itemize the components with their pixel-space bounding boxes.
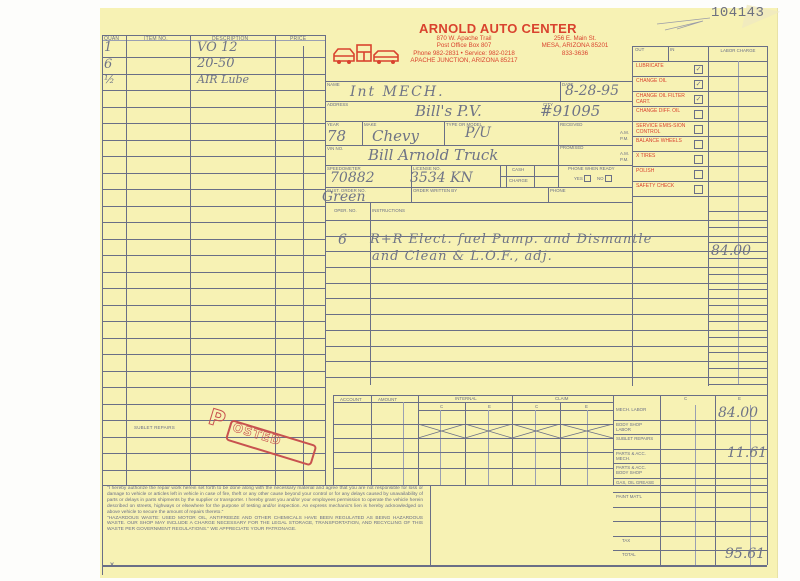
service-checkbox[interactable]: ✓ <box>694 80 703 89</box>
part-desc-2: 20-50 <box>197 56 234 71</box>
label-charge: CHARGE <box>509 178 528 183</box>
order-date: 8-28-95 <box>565 83 619 99</box>
header-item-no: ITEM NO. <box>144 36 168 42</box>
signature-line[interactable]: X <box>110 563 114 569</box>
service-checkbox[interactable] <box>694 185 703 194</box>
total-parts-mech: 11.61 <box>727 445 767 461</box>
customer-name: Int MECH. <box>350 84 445 100</box>
label-no: NO <box>597 176 604 181</box>
header-internal-e: E <box>488 404 491 409</box>
label-am-2: A.M. <box>620 151 629 156</box>
part-desc-1: VO 12 <box>197 40 238 55</box>
label-promised: PROMISED <box>560 145 583 150</box>
service-label: POLISH <box>636 169 690 175</box>
header-labor-charge: LABOR CHARGE <box>720 48 756 53</box>
phone-yes-checkbox[interactable] <box>584 175 591 182</box>
service-checkbox[interactable]: ✓ <box>694 95 703 104</box>
header-total-e: E <box>738 396 741 401</box>
service-label: LUBRICATE <box>636 64 690 70</box>
label-am: A.M. <box>620 130 629 135</box>
vin-number: Bill Arnold Truck <box>368 146 498 164</box>
label-instructions: INSTRUCTIONS <box>372 208 405 213</box>
service-label: CHANGE DIFF. OIL <box>636 109 690 115</box>
company-name: ARNOLD AUTO CENTER <box>419 21 577 36</box>
service-checkbox[interactable] <box>694 110 703 119</box>
service-label: BALANCE WHEELS <box>636 139 690 145</box>
service-label: SAFETY CHECK <box>636 184 690 190</box>
service-label: SERVICE EMIS-SION CONTROL <box>636 124 690 135</box>
totals-label: TOTAL <box>622 552 664 557</box>
part-desc-3: AIR Lube <box>197 73 249 86</box>
vehicle-model: P/U <box>465 125 491 141</box>
vehicle-year: 78 <box>327 127 346 145</box>
service-checkbox[interactable]: ✓ <box>694 65 703 74</box>
header-internal-c: C <box>440 404 443 409</box>
sublet-repairs-label: SUBLET REPAIRS <box>134 425 175 430</box>
totals-label: TAX <box>622 538 664 543</box>
license-number: 3534 KN <box>410 170 473 186</box>
address-right: 256 E. Main St. MESA, ARIZONA 85201 833-… <box>540 35 610 57</box>
total-mech-labor: 84.00 <box>718 405 758 421</box>
pencil-scribble <box>655 12 715 32</box>
totals-label: PARTS & ACC. BODY SHOP <box>616 465 658 475</box>
header-in: IN <box>670 47 674 52</box>
label-name: NAME <box>327 82 340 87</box>
label-oper-no: OPER. NO. <box>334 208 357 213</box>
totals-label: PARTS & ACC. MECH. <box>616 451 658 461</box>
header-amount: AMOUNT <box>378 397 397 402</box>
vehicle-make: Chevy <box>372 127 419 145</box>
authorization-disclaimer: "I hereby authorize the repair work here… <box>107 486 423 533</box>
work-line-2: and Clean & L.O.F., adj. <box>372 249 553 264</box>
label-pm: P.M. <box>620 136 628 141</box>
cars-logo-icon <box>332 43 400 65</box>
phone-no-checkbox[interactable] <box>605 175 612 182</box>
header-claim: CLAIM <box>555 396 568 401</box>
service-checkbox[interactable] <box>694 170 703 179</box>
header-price: PRICE <box>290 36 306 42</box>
service-label: CHANGE OIL FILTER CART. <box>636 94 690 105</box>
part-quan-1: 1 <box>104 40 112 55</box>
customer-address: Bill's P.V. <box>415 102 482 120</box>
header-account: ACCOUNT <box>340 397 362 402</box>
label-address: ADDRESS <box>327 102 348 107</box>
totals-label: PAINT MAT'L <box>616 494 658 499</box>
part-quan-2: 6 <box>104 57 112 72</box>
header-claim-c: C <box>535 404 538 409</box>
label-phone-when-ready: PHONE WHEN READY <box>568 166 615 171</box>
header-out: OUT <box>635 47 644 52</box>
header-internal: INTERNAL <box>455 396 477 401</box>
speedometer-reading: 70882 <box>330 170 375 186</box>
label-received: RECEIVED <box>560 122 582 127</box>
label-cash: CASH <box>512 167 524 172</box>
work-oper-no: 6 <box>338 232 347 248</box>
header-total-c: C <box>684 396 687 401</box>
customer-order-number: Green <box>322 189 365 205</box>
part-quan-3: ½ <box>104 73 115 86</box>
work-line-1: R+R Elect. fuel Pump. and Dismantle <box>370 232 652 247</box>
totals-label: BODY SHOP LABOR <box>616 422 658 432</box>
label-yes: YES <box>574 176 583 181</box>
label-order-written-by: ORDER WRITTEN BY <box>413 188 457 193</box>
label-pm-2: P.M. <box>620 157 628 162</box>
totals-label: MECH. LABOR <box>616 407 658 412</box>
service-checkbox[interactable] <box>694 125 703 134</box>
grand-total: 95.61 <box>725 546 765 562</box>
service-checkbox[interactable] <box>694 140 703 149</box>
totals-label: SUBLET REPAIRS <box>616 436 658 441</box>
service-checkbox[interactable] <box>694 155 703 164</box>
label-vin: VIN NO. <box>327 146 343 151</box>
header-claim-e: E <box>585 404 588 409</box>
crossed-out-cells <box>418 424 613 438</box>
ticket-number: 104143 <box>711 5 764 21</box>
service-label: CHANGE OIL <box>636 79 690 85</box>
customer-city: #91095 <box>540 102 600 120</box>
label-phone: PHONE <box>550 188 566 193</box>
address-left: 870 W. Apache Trail Post Office Box 807 … <box>405 35 523 64</box>
work-charge: 84.00 <box>711 243 751 259</box>
service-label: X TIRES <box>636 154 690 160</box>
